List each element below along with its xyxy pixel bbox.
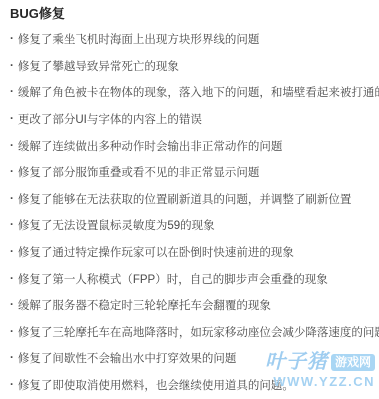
list-item: · 修复了攀越导致异常死亡的现象 [10, 53, 379, 80]
list-item: · 修复了间歇性不会输出水中打穿效果的问题 [10, 345, 379, 372]
list-item: · 修复了通过特定操作玩家可以在卧倒时快速前进的现象 [10, 239, 379, 266]
list-item: · 更改了部分UI与字体的内容上的错误 [10, 106, 379, 133]
bug-fix-text: 修复了部分服饰重叠或看不见的非正常显示问题 [18, 164, 260, 180]
page-title: BUG修复 [10, 7, 379, 21]
list-item: · 修复了无法设置鼠标灵敏度为59的现象 [10, 212, 379, 239]
patch-notes-content: BUG修复 · 修复了乘坐飞机时海面上出现方块形界线的问题 · 修复了攀越导致异… [10, 7, 379, 398]
patch-notes-page: BUG修复 · 修复了乘坐飞机时海面上出现方块形界线的问题 · 修复了攀越导致异… [0, 0, 379, 399]
bullet-icon: · [10, 140, 14, 152]
bullet-icon: · [10, 166, 14, 178]
bug-fix-text: 缓解了连续做出多种动作时会输出非正常动作的问题 [18, 138, 283, 154]
bug-fix-text: 修复了无法设置鼠标灵敏度为59的现象 [18, 217, 215, 233]
bug-fix-list: · 修复了乘坐飞机时海面上出现方块形界线的问题 · 修复了攀越导致异常死亡的现象… [10, 26, 379, 398]
bug-fix-text: 修复了能够在无法获取的位置刷新道具的问题，并调整了刷新位置 [18, 191, 352, 207]
bullet-icon: · [10, 219, 14, 231]
bullet-icon: · [10, 352, 14, 364]
list-item: · 修复了三轮摩托车在高地降落时，如玩家移动座位会减少降落速度的问题 [10, 319, 379, 346]
bug-fix-text: 修复了第一人称模式（FPP）时，自己的脚步声会重叠的现象 [18, 271, 328, 287]
bullet-icon: · [10, 60, 14, 72]
bug-fix-text: 修复了攀越导致异常死亡的现象 [18, 58, 179, 74]
bullet-icon: · [10, 379, 14, 391]
bug-fix-text: 缓解了角色被卡在物体的现象，落入地下的问题，和墙壁看起来被打通的现象。 [18, 84, 379, 100]
list-item: · 修复了即使取消使用燃料，也会继续使用道具的问题。 [10, 372, 379, 399]
list-item: · 修复了乘坐飞机时海面上出现方块形界线的问题 [10, 26, 379, 53]
bullet-icon: · [10, 33, 14, 45]
bug-fix-text: 修复了间歇性不会输出水中打穿效果的问题 [18, 350, 237, 366]
bullet-icon: · [10, 86, 14, 98]
list-item: · 修复了部分服饰重叠或看不见的非正常显示问题 [10, 159, 379, 186]
bug-fix-text: 更改了部分UI与字体的内容上的错误 [18, 111, 202, 127]
list-item: · 缓解了服务器不稳定时三轮轮摩托车会翻覆的现象 [10, 292, 379, 319]
list-item: · 缓解了连续做出多种动作时会输出非正常动作的问题 [10, 132, 379, 159]
bug-fix-text: 修复了三轮摩托车在高地降落时，如玩家移动座位会减少降落速度的问题 [18, 324, 379, 340]
bullet-icon: · [10, 273, 14, 285]
list-item: · 修复了第一人称模式（FPP）时，自己的脚步声会重叠的现象 [10, 265, 379, 292]
list-item: · 缓解了角色被卡在物体的现象，落入地下的问题，和墙壁看起来被打通的现象。 [10, 79, 379, 106]
bullet-icon: · [10, 326, 14, 338]
bug-fix-text: 修复了乘坐飞机时海面上出现方块形界线的问题 [18, 31, 260, 47]
bullet-icon: · [10, 246, 14, 258]
list-item: · 修复了能够在无法获取的位置刷新道具的问题，并调整了刷新位置 [10, 186, 379, 213]
bullet-icon: · [10, 299, 14, 311]
bug-fix-text: 修复了通过特定操作玩家可以在卧倒时快速前进的现象 [18, 244, 294, 260]
bullet-icon: · [10, 113, 14, 125]
bug-fix-text: 缓解了服务器不稳定时三轮轮摩托车会翻覆的现象 [18, 297, 271, 313]
bullet-icon: · [10, 193, 14, 205]
bug-fix-text: 修复了即使取消使用燃料，也会继续使用道具的问题。 [18, 377, 294, 393]
